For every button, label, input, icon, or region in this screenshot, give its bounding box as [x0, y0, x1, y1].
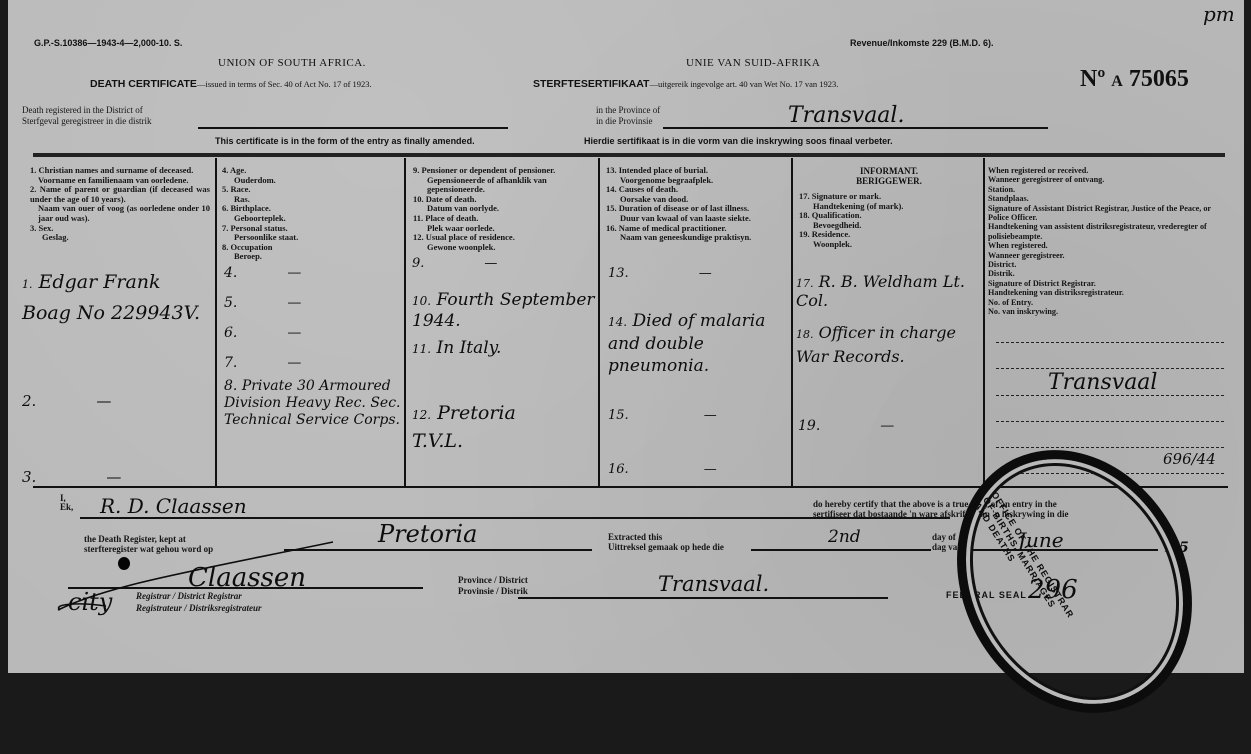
informant-signature[interactable]: 17. R. B. Weldham Lt. Col.	[796, 272, 996, 310]
illness-duration[interactable]: 15.—	[608, 408, 717, 423]
register-place[interactable]: Pretoria	[378, 520, 477, 548]
title-en-row: DEATH CERTIFICATE—issued in terms of Sec…	[90, 74, 372, 92]
table-top-rule	[33, 153, 1225, 157]
district-label: Death registered in the District of Ster…	[22, 105, 151, 127]
subtitle-af: —uitgereik ingevolge art. 40 van Wet No.…	[649, 79, 838, 89]
death-certificate: G.P.-S.10386—1943-4—2,000-10. S. Revenue…	[8, 0, 1244, 673]
revenue-code: Revenue/Inkomste 229 (B.M.D. 6).	[850, 38, 994, 48]
informant-qualification[interactable]: 18. Officer in charge War Records.	[796, 322, 986, 368]
pensioner[interactable]: 9.—	[412, 256, 497, 271]
col2-labels: 4. Age.Ouderdom. 5. Race.Ras. 6. Birthpl…	[222, 166, 402, 262]
informant-residence[interactable]: 19.—	[798, 418, 894, 434]
title-en: DEATH CERTIFICATE	[90, 78, 197, 90]
title-af-row: STERFTESERTIFIKAAT—uitgereik ingevolge a…	[533, 74, 838, 92]
col2-entries[interactable]: 4.— 5.— 6.— 7.—	[224, 258, 301, 378]
title-af: STERFTESERTIFIKAAT	[533, 78, 649, 90]
print-code: G.P.-S.10386—1943-4—2,000-10. S.	[34, 39, 182, 48]
amended-note-en: This certificate is in the form of the e…	[215, 136, 475, 146]
union-title-af: UNIE VAN SUID-AFRIKA	[686, 57, 820, 69]
col6-labels: When registered or received.Wanneer gere…	[988, 166, 1226, 317]
sex[interactable]: 3.—	[22, 468, 121, 486]
parent-guardian[interactable]: 2.—	[22, 392, 111, 410]
col3-labels: 9. Pensioner or dependent of pensioner.G…	[413, 166, 595, 252]
burial-place[interactable]: 13.—	[608, 266, 712, 281]
occupation[interactable]: 8. Private 30 Armoured Division Heavy Re…	[224, 378, 402, 429]
registrar-name[interactable]: R. D. Claassen	[100, 494, 247, 518]
extract-day[interactable]: 2nd	[828, 527, 861, 547]
informant-heading: INFORMANT. BERIGGEWER.	[798, 166, 980, 186]
certificate-number: Nº A 75065	[1080, 66, 1189, 93]
registration-district[interactable]: Transvaal	[1048, 370, 1157, 395]
series-letter: A	[1111, 73, 1123, 90]
corner-initials: pm	[1203, 2, 1235, 26]
number-prefix: Nº	[1080, 66, 1105, 92]
registrar-title: Registrar / District Registrar Registrat…	[136, 590, 262, 614]
number-value: 75065	[1129, 66, 1189, 92]
province-value[interactable]: Transvaal.	[788, 103, 904, 128]
footer-province-label: Province / District Provinsie / Distrik	[458, 575, 528, 597]
deceased-name[interactable]: 1. Edgar Frank Boag No 229943V.	[22, 268, 202, 327]
subtitle-en: —issued in terms of Sec. 40 of Act No. 1…	[197, 79, 372, 89]
cause-of-death[interactable]: 14. Died of malaria and double pneumonia…	[608, 310, 783, 377]
place-of-death[interactable]: 11. In Italy.	[412, 338, 501, 358]
medical-practitioner[interactable]: 16.—	[608, 462, 717, 477]
union-title-en: UNION OF SOUTH AFRICA.	[218, 57, 366, 69]
entry-number[interactable]: 696/44	[1163, 450, 1216, 468]
date-of-death[interactable]: 10. Fourth September 1944.	[412, 290, 597, 331]
col1-labels: 1. Christian names and surname of deceas…	[30, 166, 210, 243]
amended-note-af: Hierdie sertifikaat is in die vorm van d…	[584, 136, 893, 146]
usual-residence[interactable]: 12. Pretoria T.V.L.	[412, 400, 572, 454]
footer-province-value[interactable]: Transvaal.	[658, 572, 769, 596]
i-label: I,Ek,	[60, 494, 73, 512]
col5-labels: 17. Signature or mark.Handtekening (of m…	[799, 192, 981, 250]
col4-labels: 13. Intended place of burial.Voorgenome …	[606, 166, 788, 243]
province-label: in the Province of in die Provinsie	[596, 105, 660, 127]
extracted-label: Extracted this Uittreksel gemaak op hede…	[608, 532, 724, 552]
